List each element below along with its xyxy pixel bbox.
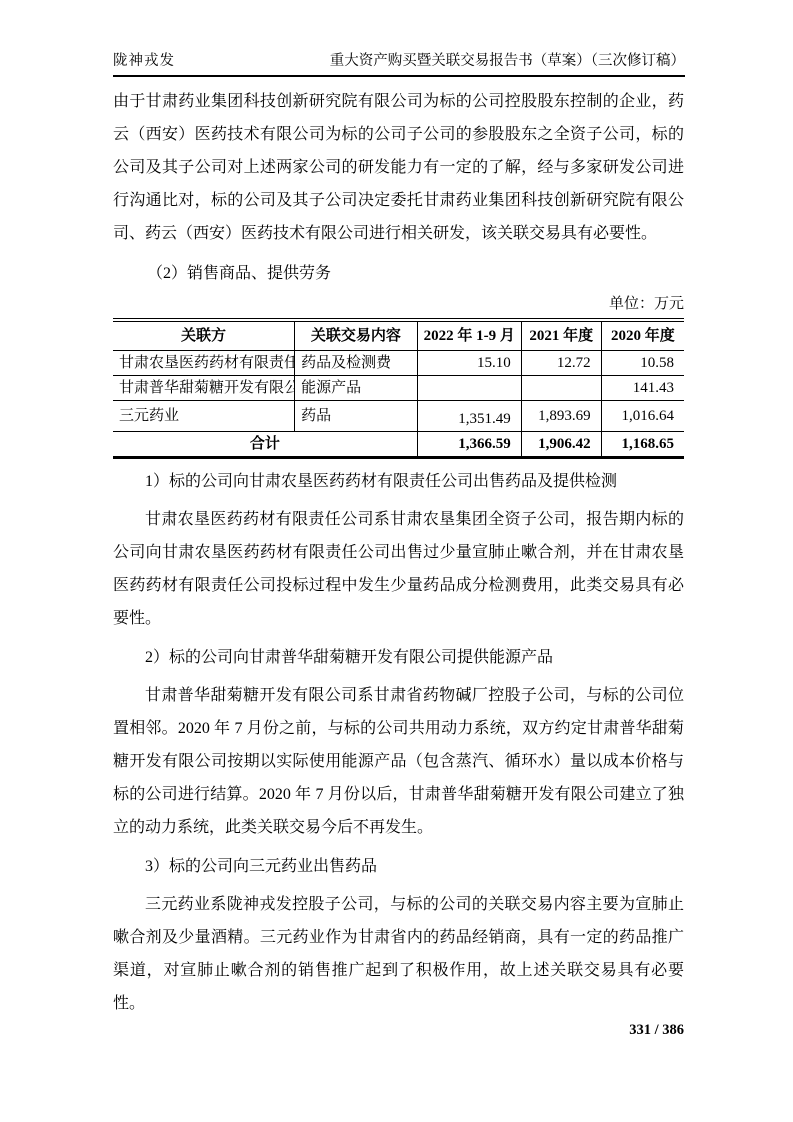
table-row: 甘肃农垦医药药材有限责任公司 药品及检测费 15.10 12.72 10.58 <box>113 351 684 376</box>
header-report-title: 重大资产购买暨关联交易报告书（草案）（三次修订稿） <box>330 52 685 70</box>
table-header-row: 关联方 关联交易内容 2022 年 1-9 月 2021 年度 2020 年度 <box>113 320 684 351</box>
table-cell <box>521 376 601 401</box>
section-heading: （2）销售商品、提供劳务 <box>113 257 684 290</box>
table-total-label: 合计 <box>113 432 417 458</box>
sub-heading: 3）标的公司向三元药业出售药品 <box>113 850 684 883</box>
paragraph: 甘肃普华甜菊糖开发有限公司系甘肃省药物碱厂控股子公司，与标的公司位置相邻。202… <box>113 679 684 844</box>
table-total-row: 合计 1,366.59 1,906.42 1,168.65 <box>113 432 684 458</box>
table-cell: 三元药业 <box>113 401 295 432</box>
table-header-cell: 关联交易内容 <box>295 320 418 351</box>
table-header-cell: 2020 年度 <box>601 320 684 351</box>
table-body: 甘肃农垦医药药材有限责任公司 药品及检测费 15.10 12.72 10.58 … <box>113 351 684 458</box>
related-transactions-table: 关联方 关联交易内容 2022 年 1-9 月 2021 年度 2020 年度 … <box>113 318 684 459</box>
page-content: 由于甘肃药业集团科技创新研究院有限公司为标的公司控股股东控制的企业，药云（西安）… <box>113 85 684 1020</box>
table-cell <box>417 376 521 401</box>
paragraph: 三元药业系陇神戎发控股子公司，与标的公司的关联交易内容主要为宣肺止嗽合剂及少量酒… <box>113 888 684 1020</box>
table-total-cell: 1,366.59 <box>417 432 521 458</box>
table-total-cell: 1,906.42 <box>521 432 601 458</box>
table-cell: 10.58 <box>601 351 684 376</box>
table-cell: 141.43 <box>601 376 684 401</box>
table-cell: 药品 <box>295 401 418 432</box>
table-header-cell: 2021 年度 <box>521 320 601 351</box>
table-cell: 15.10 <box>417 351 521 376</box>
table-cell: 甘肃普华甜菊糖开发有限公司 <box>113 376 295 401</box>
running-header: 陇神戎发 重大资产购买暨关联交易报告书（草案）（三次修订稿） <box>113 52 685 77</box>
table-header-cell: 关联方 <box>113 320 295 351</box>
table-cell: 药品及检测费 <box>295 351 418 376</box>
table-row: 三元药业 药品 1,351.49 1,893.69 1,016.64 <box>113 401 684 432</box>
sub-heading: 1）标的公司向甘肃农垦医药药材有限责任公司出售药品及提供检测 <box>113 465 684 498</box>
table-header-cell: 2022 年 1-9 月 <box>417 320 521 351</box>
table-cell: 甘肃农垦医药药材有限责任公司 <box>113 351 295 376</box>
page-number: 331 / 386 <box>629 1022 684 1039</box>
table-head: 关联方 关联交易内容 2022 年 1-9 月 2021 年度 2020 年度 <box>113 320 684 351</box>
table-total-cell: 1,168.65 <box>601 432 684 458</box>
table-cell: 1,016.64 <box>601 401 684 432</box>
table-unit-label: 单位：万元 <box>113 290 684 318</box>
paragraph: 甘肃农垦医药药材有限责任公司系甘肃农垦集团全资子公司，报告期内标的公司向甘肃农垦… <box>113 503 684 635</box>
table-cell: 能源产品 <box>295 376 418 401</box>
table-cell: 1,351.49 <box>417 401 521 432</box>
sub-heading: 2）标的公司向甘肃普华甜菊糖开发有限公司提供能源产品 <box>113 641 684 674</box>
document-page: 陇神戎发 重大资产购买暨关联交易报告书（草案）（三次修订稿） 由于甘肃药业集团科… <box>0 0 793 1122</box>
table-cell: 12.72 <box>521 351 601 376</box>
table-row: 甘肃普华甜菊糖开发有限公司 能源产品 141.43 <box>113 376 684 401</box>
paragraph: 由于甘肃药业集团科技创新研究院有限公司为标的公司控股股东控制的企业，药云（西安）… <box>113 85 684 250</box>
table-cell: 1,893.69 <box>521 401 601 432</box>
header-company-name: 陇神戎发 <box>113 52 175 70</box>
